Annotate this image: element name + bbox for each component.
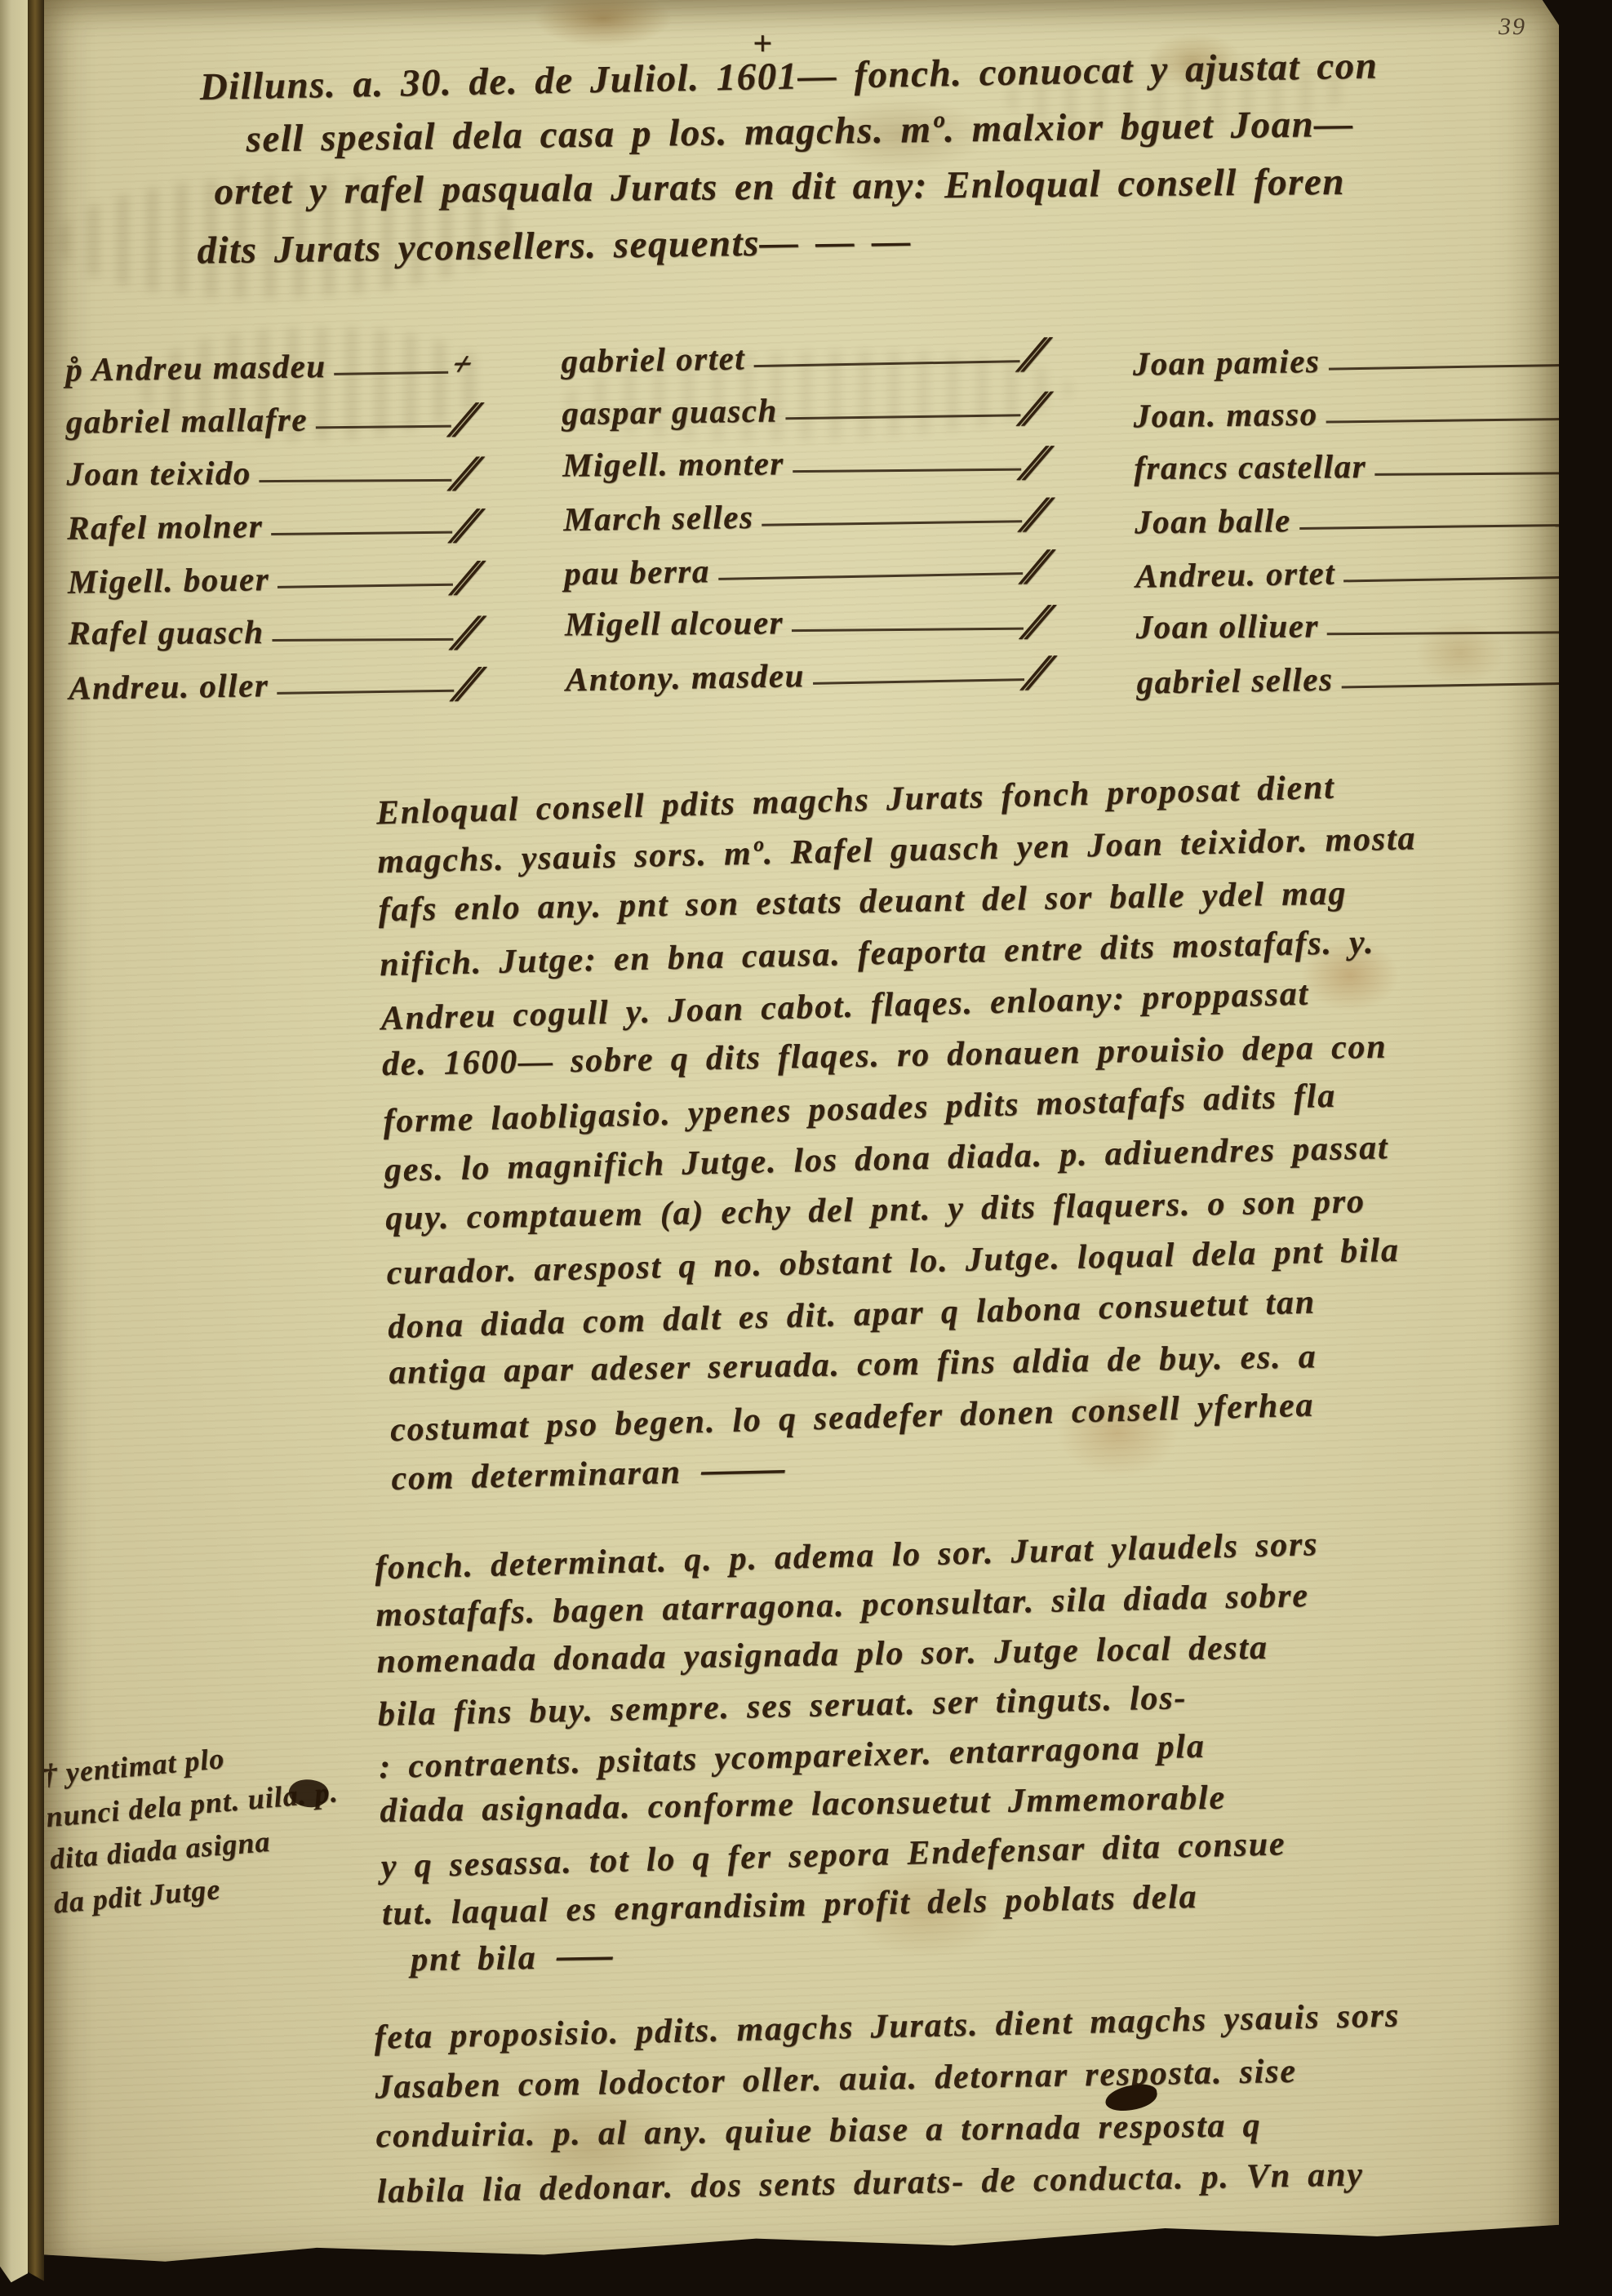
attendee-tick: ∥: [1563, 604, 1605, 643]
attendee-name: p̊ Andreu masdeu: [65, 346, 326, 389]
attendee-name: Andreu. ortet: [1135, 553, 1336, 596]
stain: [534, 0, 673, 47]
attendee-name: gabriel ortet: [561, 338, 745, 380]
attendee-rule-line: [786, 414, 1021, 420]
attendee-tick: ∥: [1013, 332, 1055, 372]
attendee-row: gaspar guasch ∥: [562, 373, 1044, 433]
heading-block: Dilluns. a. 30. de. de Juliol. 1601— fon…: [199, 38, 1525, 279]
attendee-name: Andreu. oller: [69, 665, 269, 708]
attendee-rule-line: [316, 425, 451, 429]
attendee-name: Rafel guasch: [68, 612, 264, 652]
binding-fold: [28, 0, 44, 2290]
attendee-name: March selles: [563, 497, 754, 539]
attendee-tick: ∥: [447, 662, 489, 702]
attendee-column-1: p̊ Andreu masdeu + gabriel mallafre ∥ Jo…: [65, 331, 477, 706]
margin-note: † yentimat plonunci dela pnt. uila. p.di…: [41, 1721, 414, 1925]
attendee-tick: ∥: [1015, 544, 1057, 584]
attendee-row: Joan balle ∥: [1135, 483, 1592, 542]
attendee-rule-line: [1327, 631, 1570, 635]
manuscript-scan: 39 + Dilluns. a. 30. de. de Juliol. 1601…: [0, 0, 1612, 2296]
attendee-row: Migell alcouer ∥: [565, 586, 1047, 643]
attendee-tick: ∥: [1561, 496, 1603, 536]
attendee-tick: ∥: [445, 504, 486, 544]
parchment-page: 39 + Dilluns. a. 30. de. de Juliol. 1601…: [44, 0, 1559, 2296]
attendee-rule-line: [1299, 524, 1569, 530]
attendee-rule-line: [718, 572, 1023, 580]
proposal-paragraph: Enloqual consell pdits magchs Jurats fon…: [375, 757, 1612, 1505]
attendee-tick: ∥: [1014, 441, 1056, 480]
attendee-rule-line: [273, 638, 454, 642]
attendee-row: Rafel guasch ∥: [68, 597, 476, 653]
attendee-rule-line: [1326, 418, 1568, 424]
attendee-tick: ∥: [446, 611, 489, 651]
attendee-column-3: Joan pamies ∥ Joan. masso ∥ francs caste…: [1132, 324, 1594, 701]
attendee-name: Joan balle: [1135, 500, 1291, 541]
attendee-name: Joan olliuer: [1135, 606, 1319, 646]
attendee-rule-line: [1374, 472, 1568, 476]
attendee-tick: ∥: [444, 452, 486, 491]
attendee-row: Migell. monter ∥: [562, 427, 1045, 484]
attendee-tick: ∥: [444, 397, 486, 437]
attendee-name: francs castellar: [1134, 446, 1366, 487]
attendee-row: Joan. masso ∥: [1133, 377, 1591, 436]
attendee-row: francs castellar ∥: [1134, 431, 1591, 487]
attendee-name: Rafel molner: [67, 506, 264, 548]
attendee-row: Andreu. oller ∥: [69, 648, 477, 707]
attendee-tick: ∥: [446, 556, 487, 596]
attendee-name: Antony. masdeu: [565, 655, 805, 699]
attendee-name: Migell. bouer: [67, 559, 269, 602]
attendee-row: p̊ Andreu masdeu +: [65, 330, 474, 389]
attendee-rule-line: [335, 371, 449, 375]
attendee-row: Joan olliuer ∥: [1135, 590, 1592, 646]
attendee-row: March selles ∥: [563, 479, 1046, 539]
attendee-tick: ∥: [1016, 600, 1059, 639]
attendee-name: pau berra: [564, 551, 711, 593]
attendee-rule-line: [1341, 682, 1570, 689]
attendee-tick: ∥: [1015, 493, 1056, 533]
attendee-row: gabriel selles ∥: [1136, 641, 1594, 701]
attendee-row: Antony. masdeu ∥: [565, 637, 1047, 699]
heading-line: ortet y rafel pasquala Jurats en dit any…: [214, 153, 1524, 220]
attendee-rule-line: [792, 628, 1024, 632]
attendee-name: Joan. masso: [1133, 394, 1318, 436]
attendee-name: Joan pamies: [1132, 341, 1320, 384]
attendee-name: Migell alcouer: [565, 602, 784, 643]
attendee-column-2: gabriel ortet ∥ gaspar guasch ∥ Migell. …: [561, 320, 1047, 698]
attendee-rule-line: [260, 479, 452, 482]
attendee-row: gabriel ortet ∥: [561, 319, 1043, 381]
attendee-row: Joan teixido ∥: [66, 438, 474, 494]
attendee-name: gabriel mallafre: [65, 400, 308, 442]
attendee-rule-line: [753, 360, 1019, 367]
attendee-name: Migell. monter: [562, 443, 784, 484]
attendee-rule-line: [278, 584, 453, 588]
attendee-tick: ∥: [1564, 655, 1605, 695]
closing-paragraph: feta proposisio. pdits. magchs Jurats. d…: [374, 1987, 1612, 2218]
resolution-paragraph: fonch. determinat. q. p. adema lo sor. J…: [374, 1515, 1612, 1989]
attendee-tick: ∥: [1562, 548, 1604, 588]
attendee-rule-line: [813, 678, 1024, 685]
attendee-row: gabriel mallafre ∥: [65, 384, 474, 441]
adjacent-leaf-edge: [0, 0, 28, 2287]
attendee-rule-line: [762, 520, 1022, 526]
attendee-row: Joan pamies ∥: [1132, 322, 1590, 383]
attendee-rule-line: [1328, 364, 1567, 371]
attendee-tick: ∥: [1560, 336, 1601, 376]
attendee-tick: ∥: [1561, 445, 1603, 484]
attendee-row: Rafel molner ∥: [67, 490, 476, 547]
attendee-rule-line: [1343, 576, 1570, 583]
attendee-row: Migell. bouer ∥: [67, 542, 476, 601]
attendee-name: gaspar guasch: [562, 390, 778, 433]
attendee-name: gabriel selles: [1136, 659, 1334, 702]
attendee-rule-line: [277, 690, 454, 695]
attendee-tick: ∥: [1561, 390, 1602, 430]
attendee-name: Joan teixido: [66, 453, 251, 493]
attendee-row: pau berra ∥: [563, 531, 1046, 593]
attendee-tick: ∥: [1017, 651, 1059, 691]
attendee-rule-line: [271, 531, 452, 535]
attendee-row: Andreu. ortet ∥: [1135, 535, 1592, 595]
attendee-rule-line: [793, 469, 1021, 473]
